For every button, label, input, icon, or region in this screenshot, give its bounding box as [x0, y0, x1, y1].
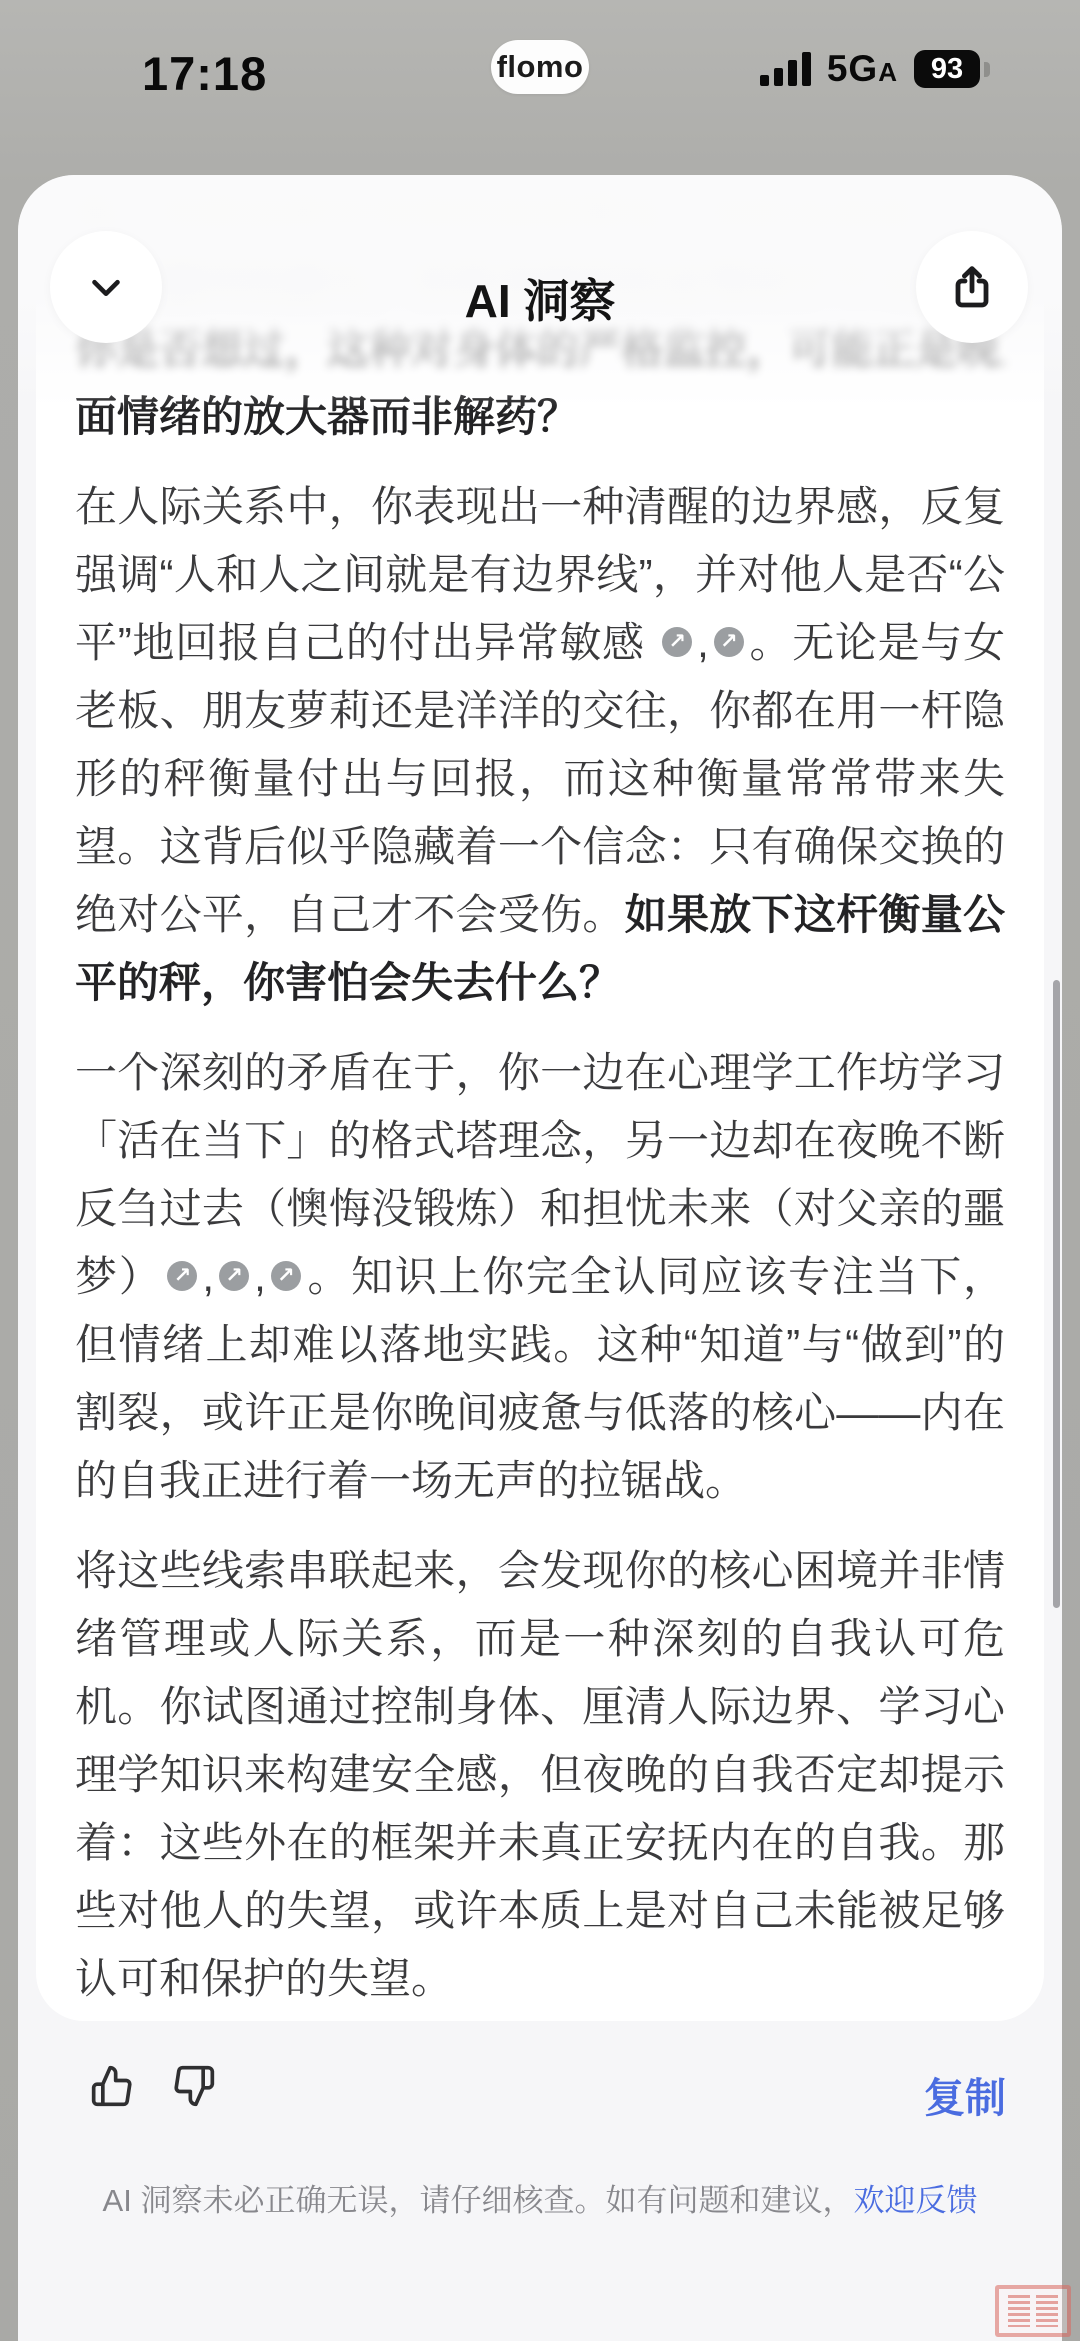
body-text: ,	[254, 1253, 266, 1300]
paragraph: 将这些线索串联起来，会发现你的核心困境并非情绪管理或人际关系，而是一种深刻的自我…	[75, 1537, 1005, 2013]
copy-button[interactable]: 复制	[924, 2065, 1006, 2124]
scrollbar-thumb[interactable]	[1053, 980, 1060, 1608]
thumbs-up-icon	[90, 2064, 134, 2108]
clock: 17:18	[142, 46, 267, 101]
citation-link-icon[interactable]: ↗	[714, 627, 744, 657]
card-content: 晚，你把这种对身体的高度警觉，有时反而成了一种负面循环的源头，你将身体的状态等同…	[36, 175, 1044, 2021]
feedback-link[interactable]: 欢迎反馈	[853, 2183, 977, 2218]
blurred-text-line: 晚，你把这种对身体的高度警觉，有时反而成了一种	[75, 179, 1005, 247]
screen: 17:18 flomo 5GA 93 晚，你把这种对身体的高度警觉，有时反而成了…	[0, 0, 1080, 2341]
actions-row: 复制	[18, 2057, 1062, 2127]
disclaimer: AI 洞察未必正确无误，请仔细核查。如有问题和建议，欢迎反馈	[18, 2175, 1062, 2220]
citation-link-icon[interactable]: ↗	[219, 1261, 249, 1291]
app-pill: flomo	[491, 40, 589, 94]
status-bar: 17:18 flomo 5GA 93	[0, 0, 1080, 110]
paragraph: 一个深刻的矛盾在于，你一边在心理学工作坊学习「活在当下」的格式塔理念，另一边却在…	[75, 1039, 1005, 1515]
battery-nub	[984, 62, 990, 77]
thumbs-up-button[interactable]	[88, 2063, 136, 2111]
body-text: 。知识上你完全认同应该专注当下，但情绪上却难以落地实践。这种“知道”与“做到”的…	[75, 1253, 1005, 1504]
signal-bars-icon	[760, 52, 811, 86]
ai-insight-card: 晚，你把这种对身体的高度警觉，有时反而成了一种负面循环的源头，你将身体的状态等同…	[36, 175, 1044, 2021]
paragraph: 在人际关系中，你表现出一种清醒的边界感，反复强调“人和人之间就是有边界线”，并对…	[75, 473, 1005, 1017]
battery-percent: 93	[931, 53, 963, 86]
status-indicators: 5GA 93	[760, 48, 990, 90]
disclaimer-text: AI 洞察未必正确无误，请仔细核查。如有问题和建议，	[103, 2183, 854, 2218]
watermark-stamp	[995, 2285, 1071, 2337]
thumbs-down-button[interactable]	[170, 2063, 218, 2111]
battery-icon: 93	[914, 50, 980, 88]
sheet-title: AI 洞察	[18, 265, 1062, 331]
card-paragraphs: 在人际关系中，你表现出一种清醒的边界感，反复强调“人和人之间就是有边界线”，并对…	[75, 473, 1005, 2021]
body-text: ,	[697, 619, 709, 666]
citation-link-icon[interactable]: ↗	[271, 1261, 301, 1291]
intro-bold-line: 面情绪的放大器而非解药？	[75, 383, 1005, 451]
network-type: 5GA	[827, 48, 898, 90]
app-pill-label: flomo	[497, 49, 584, 85]
thumbs-down-icon	[172, 2064, 216, 2108]
citation-link-icon[interactable]: ↗	[167, 1261, 197, 1291]
body-text: ,	[202, 1253, 214, 1300]
body-text: 将这些线索串联起来，会发现你的核心困境并非情绪管理或人际关系，而是一种深刻的自我…	[75, 1547, 1005, 2002]
ai-insight-sheet: 晚，你把这种对身体的高度警觉，有时反而成了一种负面循环的源头，你将身体的状态等同…	[18, 175, 1062, 2341]
citation-link-icon[interactable]: ↗	[662, 627, 692, 657]
